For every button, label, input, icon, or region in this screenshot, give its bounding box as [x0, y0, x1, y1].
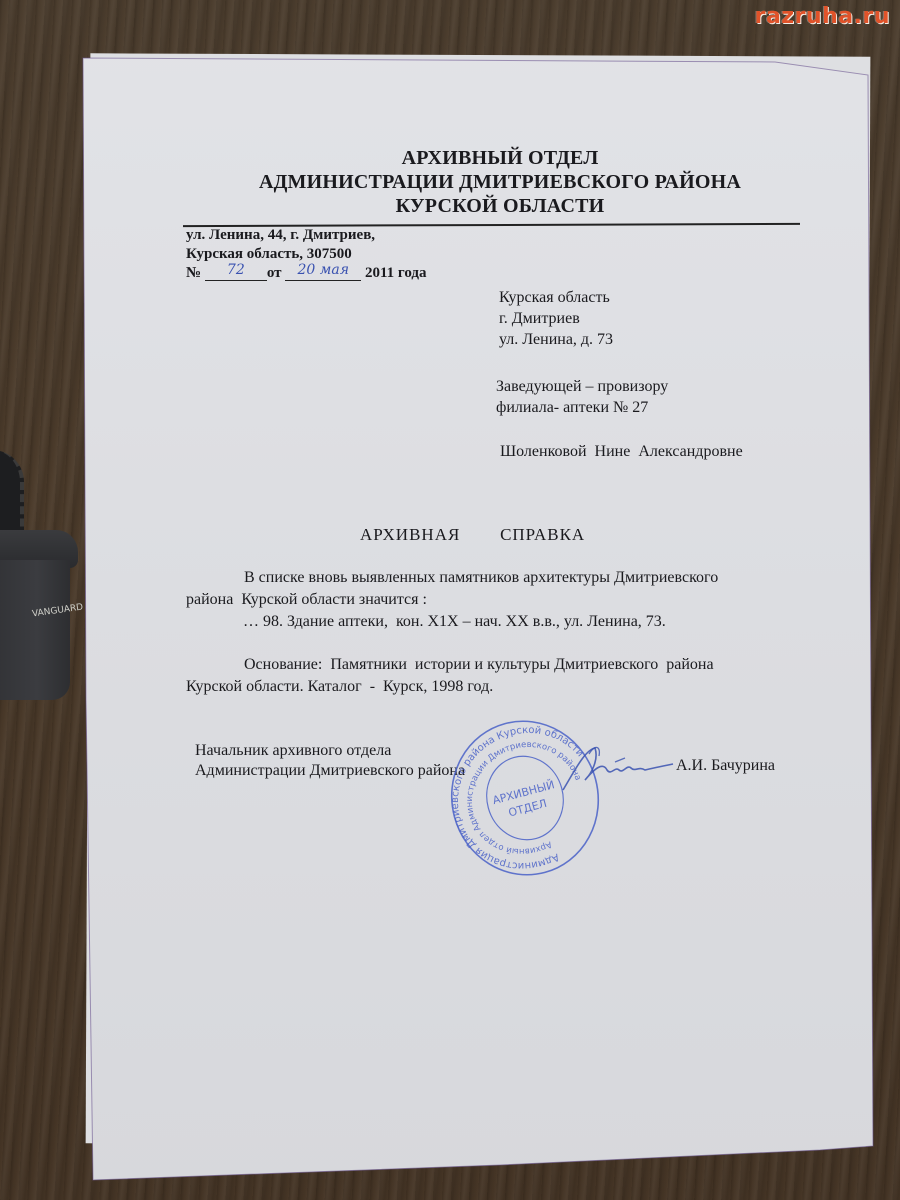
sender-address-line-1: ул. Ленина, 44, г. Дмитриев,	[186, 226, 375, 245]
recipient-address-line: ул. Ленина, д. 73	[499, 329, 613, 350]
signatory-position-line: Администрации Дмитриевского района	[195, 761, 465, 781]
recipient-position-line: Заведующей – провизору	[496, 376, 668, 397]
recipient-address: Курская область г. Дмитриев ул. Ленина, …	[499, 287, 613, 350]
document-date-field: 20 мая	[285, 261, 361, 281]
signatory-position: Начальник архивного отдела Администрации…	[195, 741, 465, 781]
document: АРХИВНЫЙ ОТДЕЛ АДМИНИСТРАЦИИ ДМИТРИЕВСКО…	[0, 0, 900, 1200]
header-line-3: КУРСКОЙ ОБЛАСТИ	[180, 194, 820, 218]
number-prefix: №	[186, 265, 201, 281]
recipient-address-line: г. Дмитриев	[499, 308, 613, 329]
header-line-2: АДМИНИСТРАЦИИ ДМИТРИЕВСКОГО РАЙОНА	[180, 170, 820, 194]
signatory-name: А.И. Бачурина	[676, 757, 775, 775]
recipient-position-line: филиала- аптеки № 27	[496, 397, 668, 418]
document-number-line: № 72от 20 мая 2011 года	[186, 264, 427, 284]
document-number-field: 72	[205, 261, 267, 281]
recipient-name: Шоленковой Нине Александровне	[500, 441, 743, 462]
document-date-handwritten: 20 мая	[298, 262, 350, 278]
document-title: АРХИВНАЯ СПРАВКА	[360, 525, 585, 545]
signatory-position-line: Начальник архивного отдела	[195, 741, 465, 761]
recipient-position: Заведующей – провизору филиала- аптеки №…	[496, 376, 668, 418]
document-number-handwritten: 72	[227, 262, 245, 278]
body-line: В списке вновь выявленных памятников арх…	[186, 567, 806, 589]
header-line-1: АРХИВНЫЙ ОТДЕЛ	[180, 146, 820, 170]
body-line: района Курской области значится :	[186, 589, 806, 611]
monument-item: … 98. Здание аптеки, кон. Х1Х – нач. ХХ …	[186, 611, 806, 633]
date-prefix: от	[267, 265, 282, 281]
handwritten-signature	[555, 740, 675, 800]
body-basis: Основание: Памятники истории и культуры …	[186, 654, 806, 698]
basis-line: Курской области. Каталог - Курск, 1998 г…	[186, 676, 806, 698]
recipient-address-line: Курская область	[499, 287, 613, 308]
document-year: 2011 года	[365, 265, 427, 281]
body-paragraph-1: В списке вновь выявленных памятников арх…	[186, 567, 806, 633]
basis-line: Основание: Памятники истории и культуры …	[186, 654, 806, 676]
